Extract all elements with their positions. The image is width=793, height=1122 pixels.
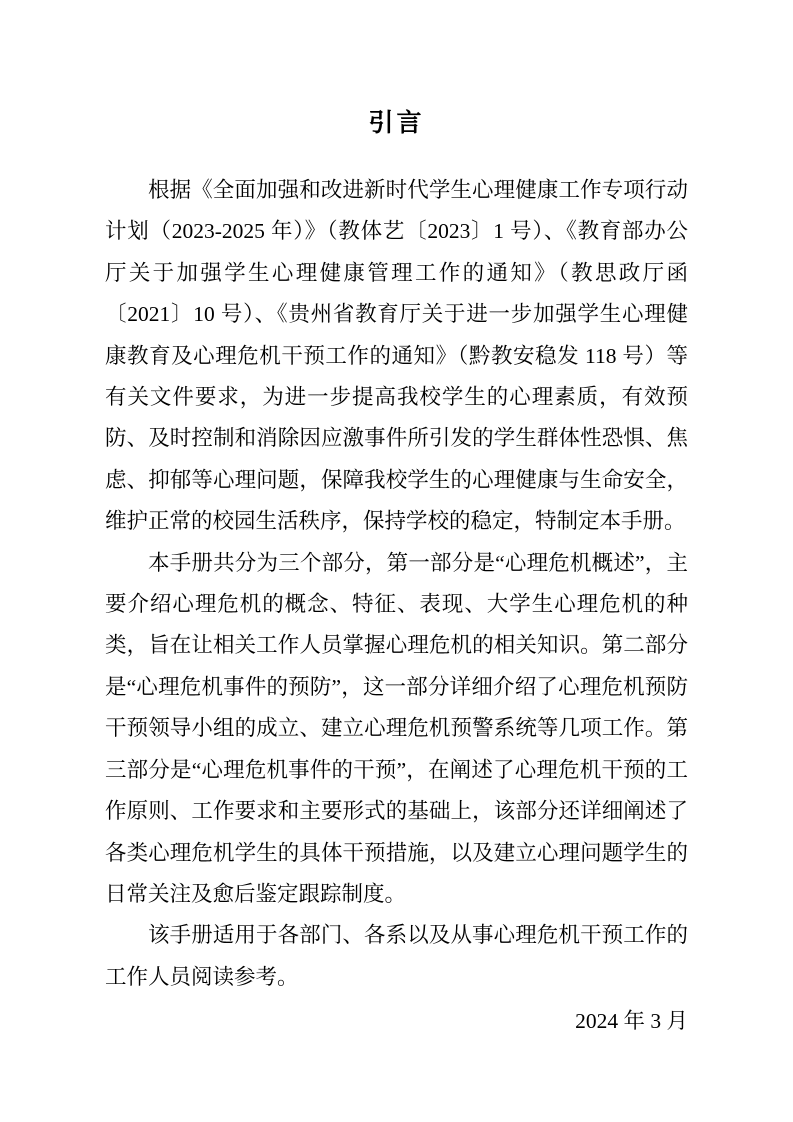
document-page: 引言 根据《全面加强和改进新时代学生心理健康工作专项行动计划（2023-2025… bbox=[0, 0, 793, 1122]
page-title: 引言 bbox=[0, 108, 793, 138]
paragraph-structure-overview: 本手册共分为三个部分，第一部分是“心理危机概述”，主要介绍心理危机的概念、特征、… bbox=[105, 543, 688, 916]
paragraph-audience: 该手册适用于各部门、各系以及从事心理危机干预工作的工作人员阅读参考。 bbox=[105, 915, 688, 998]
paragraph-intro-basis: 根据《全面加强和改进新时代学生心理健康工作专项行动计划（2023-2025 年）… bbox=[105, 170, 688, 543]
document-body: 根据《全面加强和改进新时代学生心理健康工作专项行动计划（2023-2025 年）… bbox=[105, 170, 688, 1043]
date-line: 2024 年 3 月 bbox=[105, 1001, 688, 1042]
